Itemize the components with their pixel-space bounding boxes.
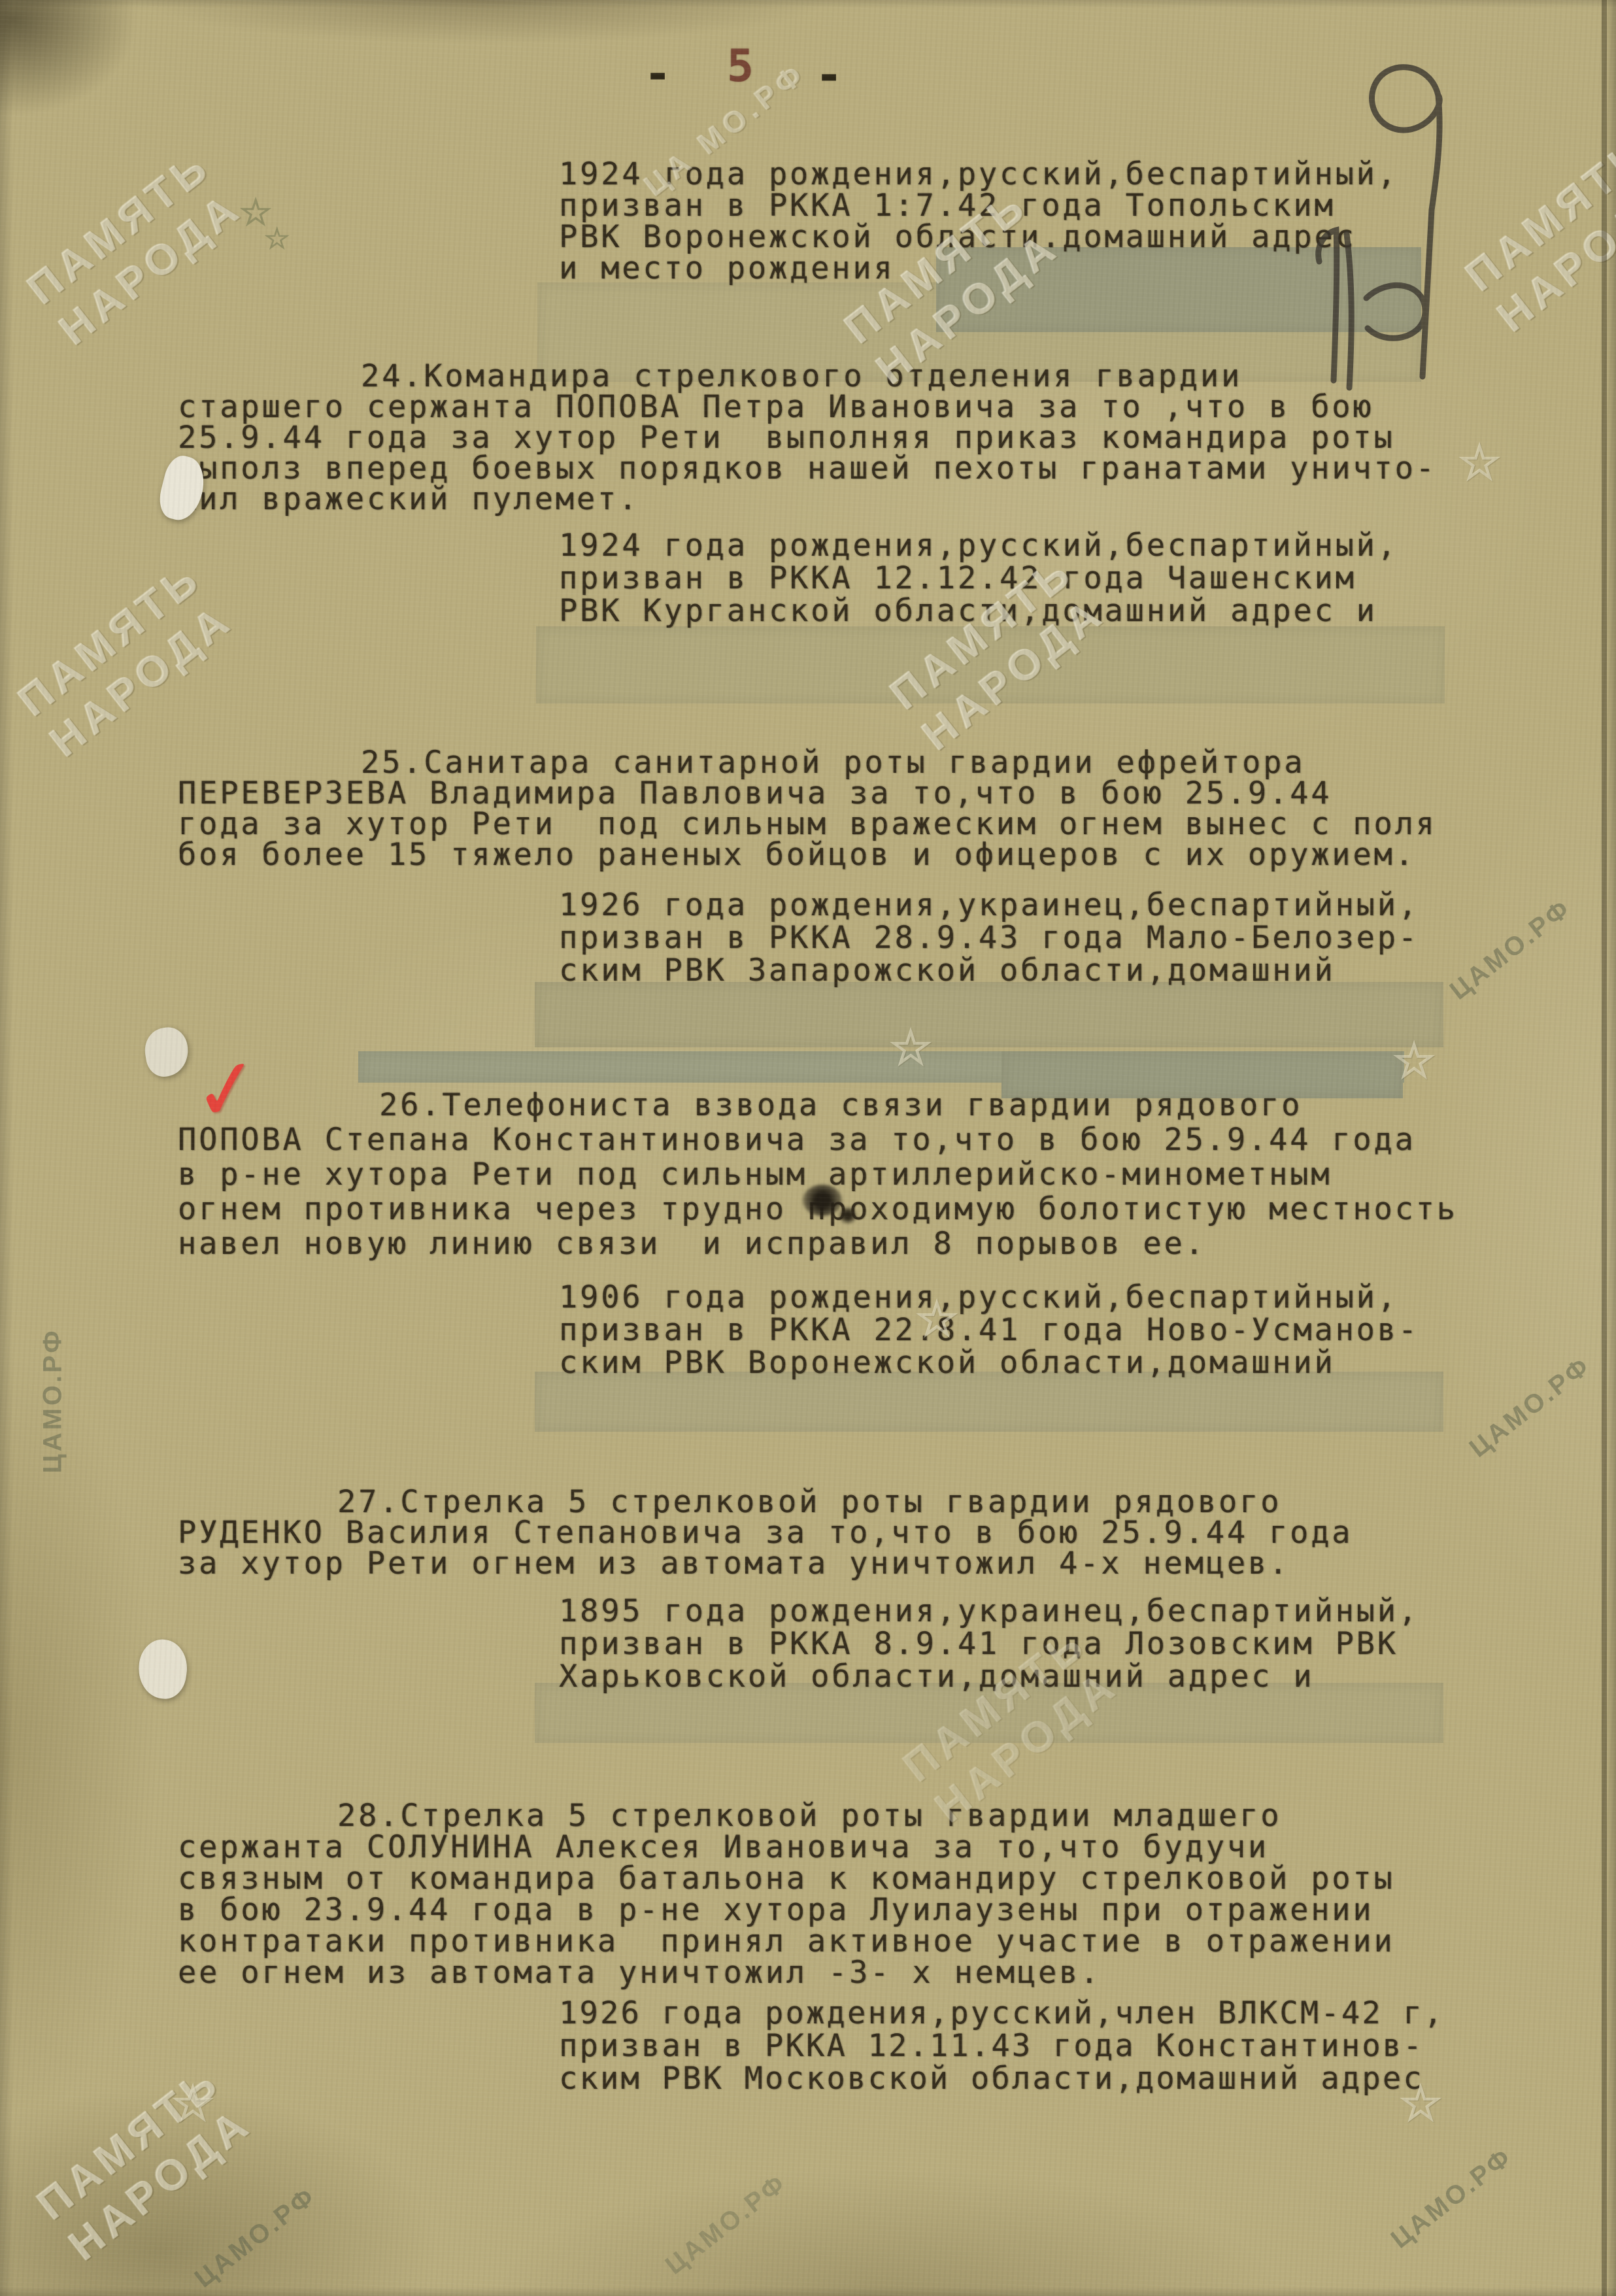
page-number-dash: -	[644, 47, 671, 101]
paper-damage-patch	[135, 1636, 191, 1701]
citation-paragraph-27: 27.Стрелка 5 стрелковой роты гвардии ряд…	[178, 1487, 1353, 1579]
watermark-tsamo: ЦАМО.РФ	[1386, 2142, 1519, 2254]
red-check-mark: ✓	[188, 1038, 266, 1142]
document-scan-page: - 5 - 1924 года рождения,русский,беспарт…	[0, 0, 1616, 2296]
ink-blot	[838, 1207, 858, 1224]
watermark-pamyat-naroda: ПАМЯТЬ НАРОДА	[18, 140, 253, 356]
paper-damage-patch	[141, 1024, 192, 1079]
page-edge-shadow	[1602, 0, 1607, 2296]
watermark-tsamo: ЦАМО.РФ	[1464, 1351, 1597, 1463]
star-watermark: ☆	[239, 191, 272, 234]
citation-paragraph-25: 25.Санитара санитарной роты гвардии ефре…	[178, 747, 1437, 870]
page-number-dash: -	[815, 48, 843, 102]
watermark-pamyat-naroda: ПАМЯТЬ НАРОДА	[8, 552, 244, 768]
citation-paragraph-28: 28.Стрелка 5 стрелковой роты гвардии мла…	[178, 1800, 1395, 1989]
redaction-box	[535, 982, 1443, 1047]
redaction-box	[536, 626, 1445, 703]
birth-info-block: 1906 года рождения,русский,беспартийный,…	[559, 1281, 1419, 1379]
watermark-tsamo: ЦАМО.РФ	[38, 1328, 67, 1474]
birth-info-block: 1924 года рождения,русский,беспартийный,…	[559, 530, 1398, 628]
ink-blot	[803, 1185, 842, 1216]
star-watermark: ☆	[1458, 435, 1501, 491]
handwritten-pencil-mark	[1242, 18, 1523, 397]
page-number: 5	[727, 41, 754, 92]
watermark-tsamo: ЦАМО.РФ	[660, 2168, 793, 2280]
birth-info-block: 1926 года рождения,русский,член ВЛКСМ-42…	[559, 1997, 1444, 2095]
birth-info-block: 1926 года рождения,украинец,беспартийный…	[559, 889, 1419, 987]
citation-paragraph-26: 26.Телефониста взвода связи гвардии рядо…	[178, 1088, 1458, 1261]
watermark-pamyat-naroda: ПАМЯТЬ НАРОДА	[27, 2055, 263, 2271]
birth-info-block: 1895 года рождения,украинец,беспартийный…	[559, 1595, 1419, 1693]
watermark-tsamo: ЦАМО.РФ	[1445, 893, 1577, 1005]
star-watermark: ☆	[171, 2076, 214, 2132]
watermark-tsamo: ЦАМО.РФ	[190, 2181, 322, 2293]
star-watermark: ☆	[264, 222, 290, 256]
